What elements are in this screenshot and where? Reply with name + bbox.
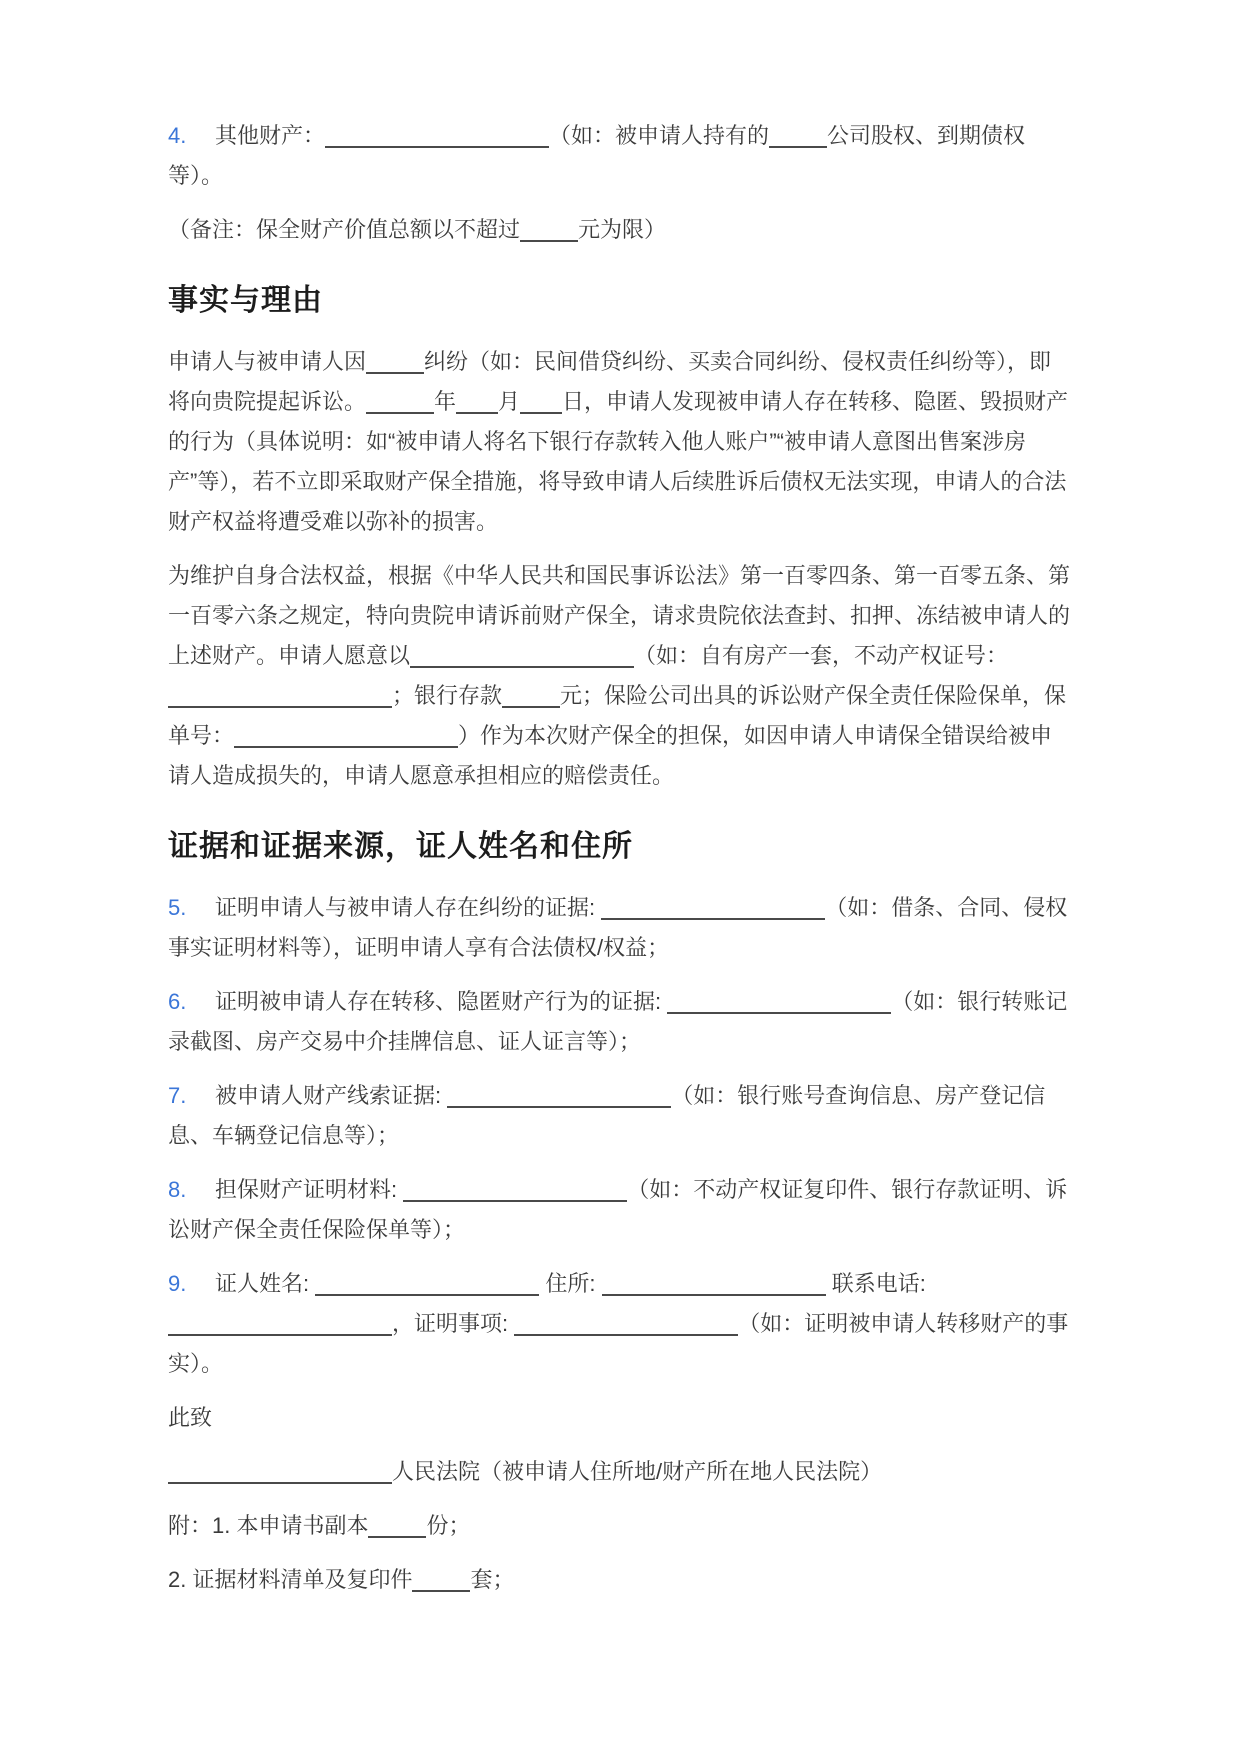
blank-line (601, 896, 825, 920)
text-run: 被申请人财产线索证据: (215, 1083, 447, 1108)
text-run: 担保财产证明材料: (215, 1177, 403, 1202)
blank-line (168, 1460, 392, 1484)
blank-line (366, 390, 434, 414)
text-run: （备注：保全财产价值总额以不超过 (168, 217, 520, 242)
blank-line (168, 684, 392, 708)
blank-line (403, 1178, 627, 1202)
blank-line (366, 350, 424, 374)
blank-line (412, 1568, 470, 1592)
text-run: 年 (434, 389, 456, 414)
blank-line (368, 1514, 426, 1538)
text-run: 证明被申请人存在转移、隐匿财产行为的证据: (215, 989, 667, 1014)
text-run: 住所: (539, 1271, 601, 1296)
text-run: 人民法院（被申请人住所地/财产所在地人民法院） (392, 1459, 882, 1484)
blank-line (168, 1312, 392, 1336)
text-run: ；银行存款 (392, 683, 502, 708)
text-run: 2. 证据材料清单及复印件 (168, 1567, 412, 1592)
blank-line (502, 684, 560, 708)
text-run: 份； (426, 1513, 470, 1538)
text-run: 申请人与被申请人因 (168, 349, 366, 374)
text-run: （如：自有房产一套，不动产权证号： (634, 643, 1008, 668)
blank-line (456, 390, 498, 414)
blank-line (520, 390, 562, 414)
paragraph: （备注：保全财产价值总额以不超过元为限） (168, 210, 1073, 250)
blank-line (769, 124, 827, 148)
numbered-item: 6.证明被申请人存在转移、隐匿财产行为的证据: （如：银行转账记录截图、房产交易… (168, 982, 1073, 1062)
document-page: 4.其他财产：（如：被申请人持有的公司股权、到期债权等）。（备注：保全财产价值总… (0, 0, 1241, 1755)
numbered-item: 9.证人姓名: 住所: 联系电话: ，证明事项: （如：证明被申请人转移财产的事… (168, 1264, 1073, 1384)
section-heading: 证据和证据来源，证人姓名和住所 (168, 826, 1073, 868)
section-heading: 事实与理由 (168, 280, 1073, 322)
numbered-item: 8.担保财产证明材料: （如：不动产权证复印件、银行存款证明、诉讼财产保全责任保… (168, 1170, 1073, 1250)
numbered-item: 7.被申请人财产线索证据: （如：银行账号查询信息、房产登记信息、车辆登记信息等… (168, 1076, 1073, 1156)
paragraph: 申请人与被申请人因纠纷（如：民间借贷纠纷、买卖合同纠纷、侵权责任纠纷等），即将向… (168, 342, 1073, 542)
blank-line (234, 724, 458, 748)
item-number: 8. (168, 1170, 215, 1210)
blank-line (667, 990, 891, 1014)
text-run: 其他财产： (215, 123, 325, 148)
text-run: 证明申请人与被申请人存在纠纷的证据: (215, 895, 601, 920)
item-number: 9. (168, 1264, 215, 1304)
blank-line (602, 1272, 826, 1296)
blank-line (514, 1312, 738, 1336)
blank-line (325, 124, 549, 148)
paragraph: 此致 (168, 1398, 1073, 1438)
numbered-item: 5.证明申请人与被申请人存在纠纷的证据: （如：借条、合同、侵权事实证明材料等）… (168, 888, 1073, 968)
item-number: 6. (168, 982, 215, 1022)
text-run: 套； (470, 1567, 514, 1592)
text-run: 元为限） (578, 217, 666, 242)
blank-line (410, 644, 634, 668)
text-run: 此致 (168, 1405, 212, 1430)
document-content: 4.其他财产：（如：被申请人持有的公司股权、到期债权等）。（备注：保全财产价值总… (168, 116, 1073, 1600)
paragraph: 为维护自身合法权益，根据《中华人民共和国民事诉讼法》第一百零四条、第一百零五条、… (168, 556, 1073, 796)
item-number: 5. (168, 888, 215, 928)
numbered-item: 4.其他财产：（如：被申请人持有的公司股权、到期债权等）。 (168, 116, 1073, 196)
text-run: 联系电话: (826, 1271, 926, 1296)
item-number: 7. (168, 1076, 215, 1116)
text-run: 证人姓名: (215, 1271, 315, 1296)
paragraph: 人民法院（被申请人住所地/财产所在地人民法院） (168, 1452, 1073, 1492)
paragraph: 附：1. 本申请书副本份； (168, 1506, 1073, 1546)
blank-line (315, 1272, 539, 1296)
text-run: ，证明事项: (392, 1311, 514, 1336)
paragraph: 2. 证据材料清单及复印件套； (168, 1560, 1073, 1600)
text-run: 月 (498, 389, 520, 414)
item-number: 4. (168, 116, 215, 156)
text-run: （如：被申请人持有的 (549, 123, 769, 148)
blank-line (520, 218, 578, 242)
text-run: 附：1. 本申请书副本 (168, 1513, 368, 1538)
blank-line (447, 1084, 671, 1108)
